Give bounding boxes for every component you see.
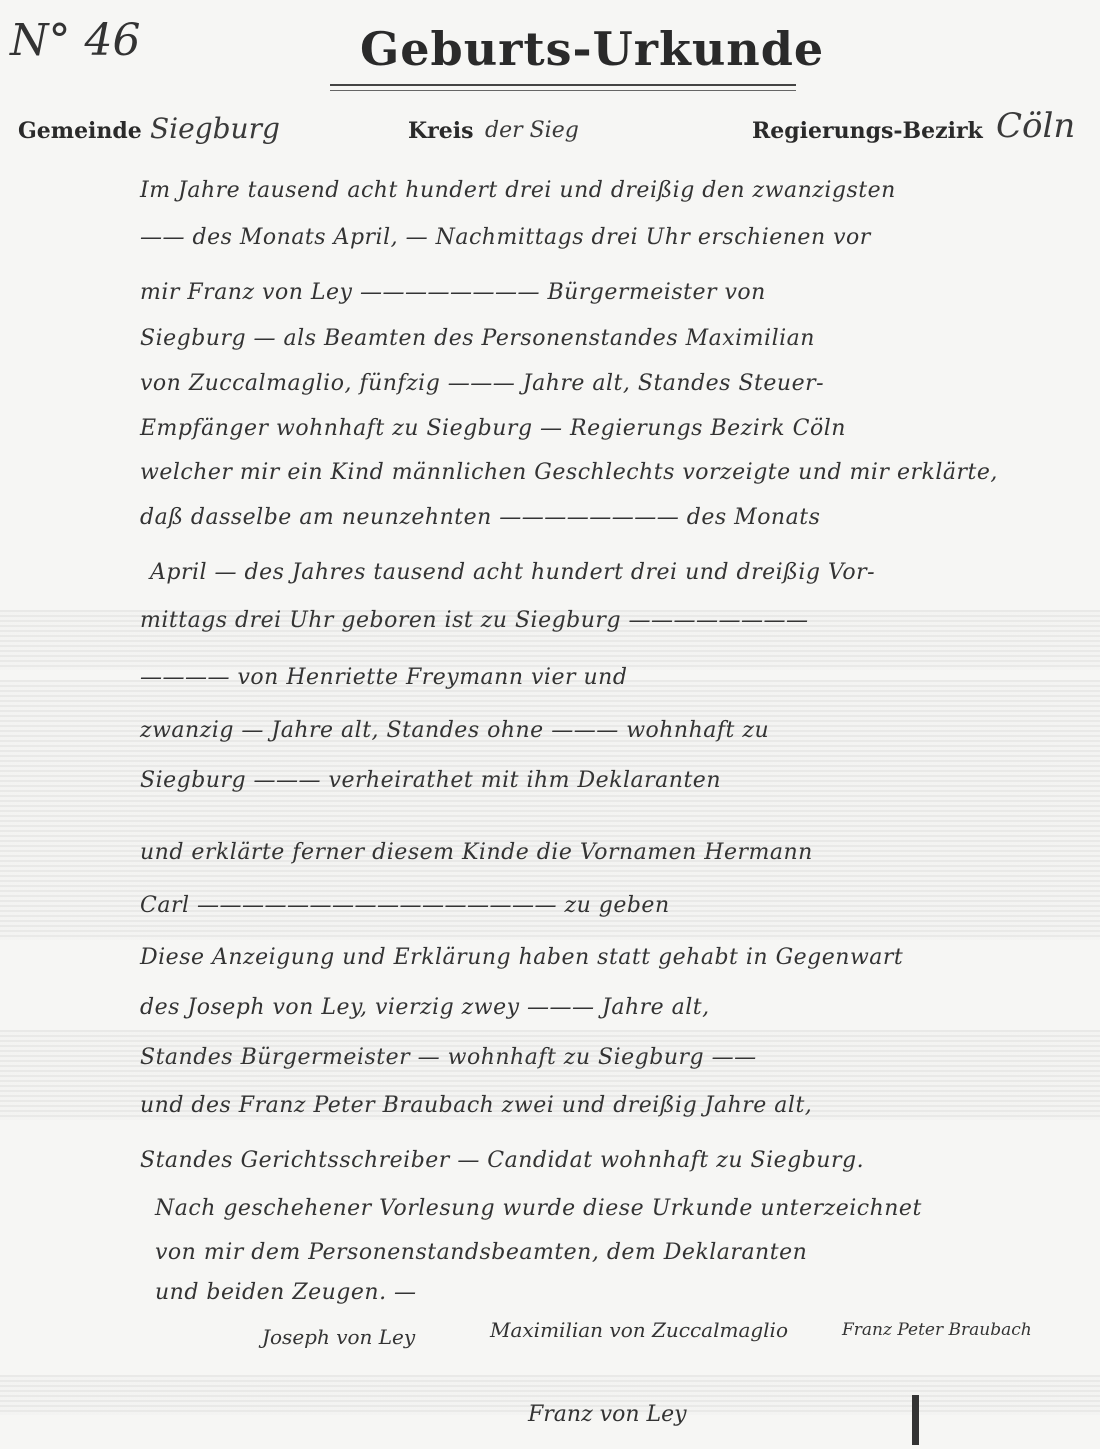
body-line: Standes Bürgermeister — wohnhaft zu Sieg… [140, 1045, 757, 1070]
signature-franz-peter-braubach: Franz Peter Braubach [842, 1320, 1032, 1340]
body-line: des Joseph von Ley, vierzig zwey ——— Jah… [140, 995, 710, 1020]
body-line: mittags drei Uhr geboren ist zu Siegburg… [140, 608, 809, 633]
body-line: Im Jahre tausend acht hundert drei und d… [140, 178, 896, 203]
body-line: von Zuccalmaglio, fünfzig ——— Jahre alt,… [140, 371, 824, 396]
regierungsbezirk-label: Regierungs-Bezirk [752, 118, 983, 144]
kreis-value: der Sieg [485, 118, 579, 143]
body-line: zwanzig — Jahre alt, Standes ohne ——— wo… [140, 718, 769, 743]
body-line: Empfänger wohnhaft zu Siegburg — Regieru… [140, 416, 846, 441]
body-line: mir Franz von Ley ———————— Bürgermeister… [140, 280, 766, 305]
regierungsbezirk-value: Cöln [996, 106, 1075, 146]
birth-certificate-page: N° 46 Geburts-Urkunde Gemeinde Siegburg … [0, 0, 1100, 1449]
signature-joseph-von-ley: Joseph von Ley [262, 1325, 415, 1349]
body-line: und erklärte ferner diesem Kinde die Vor… [140, 840, 813, 865]
body-line: welcher mir ein Kind männlichen Geschlec… [140, 460, 998, 485]
body-line: Siegburg ——— verheirathet mit ihm Deklar… [140, 768, 721, 793]
body-line: und des Franz Peter Braubach zwei und dr… [140, 1093, 812, 1118]
body-line: Siegburg — als Beamten des Personenstand… [140, 326, 815, 351]
body-line: April — des Jahres tausend acht hundert … [150, 560, 875, 585]
body-line: Diese Anzeigung und Erklärung haben stat… [140, 945, 903, 970]
body-line: —— des Monats April, — Nachmittags drei … [140, 225, 871, 250]
body-line: Carl ———————————————— zu geben [140, 893, 670, 918]
gemeinde-value: Siegburg [150, 112, 280, 145]
body-line: und beiden Zeugen. — [155, 1280, 417, 1305]
document-title: Geburts-Urkunde [360, 22, 824, 76]
document-number: N° 46 [10, 15, 140, 66]
body-line: Nach geschehener Vorlesung wurde diese U… [155, 1196, 922, 1221]
body-line: ———— von Henriette Freymann vier und [140, 665, 627, 690]
gemeinde-label: Gemeinde [18, 118, 142, 144]
body-line: daß dasselbe am neunzehnten ———————— des… [140, 505, 820, 530]
ink-mark [912, 1395, 919, 1445]
body-line: von mir dem Personenstandsbeamten, dem D… [155, 1240, 807, 1265]
signature-maximilian-von-zuccalmaglio: Maximilian von Zuccalmaglio [490, 1318, 788, 1342]
signature-franz-von-ley: Franz von Ley [528, 1402, 687, 1427]
kreis-label: Kreis [408, 118, 473, 144]
body-line: Standes Gerichtsschreiber — Candidat woh… [140, 1148, 864, 1173]
title-underline [330, 84, 796, 91]
